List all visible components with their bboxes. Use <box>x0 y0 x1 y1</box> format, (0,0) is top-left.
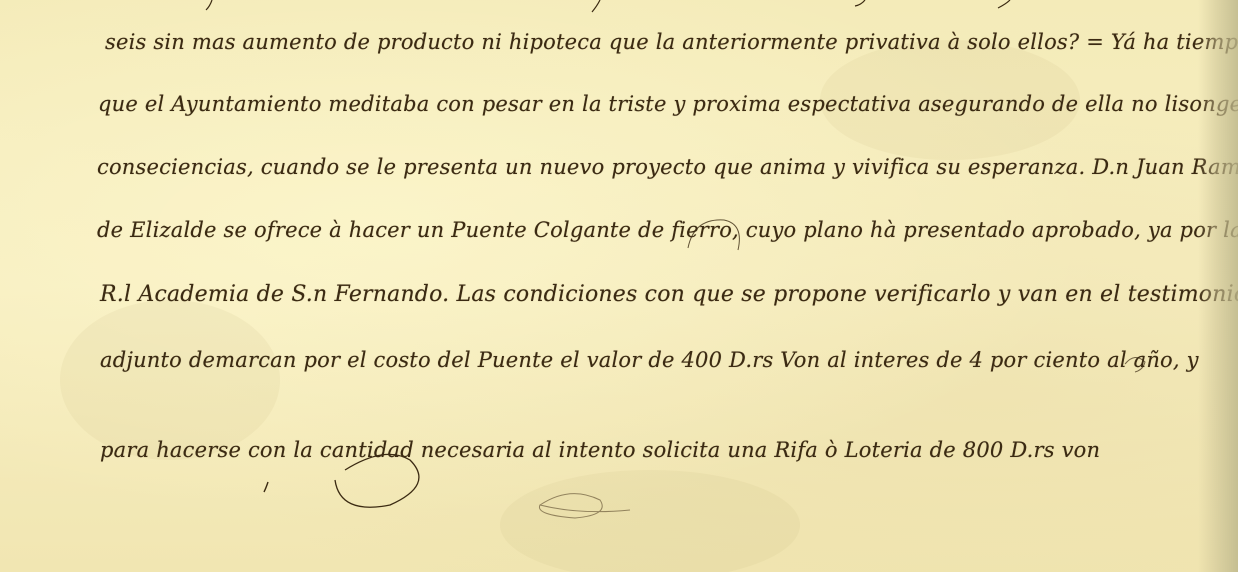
manuscript-line-1: seis sin mas aumento de producto ni hipo… <box>105 30 1238 54</box>
manuscript-line-6: adjunto demarcan por el costo del Puente… <box>100 348 1199 372</box>
manuscript-line-2: que el Ayuntamiento meditaba con pesar e… <box>98 92 1238 116</box>
cropped-line-descenders <box>0 0 1238 14</box>
manuscript-page: seis sin mas aumento de producto ni hipo… <box>0 0 1238 572</box>
paper-stain <box>500 470 800 572</box>
paper-stain <box>60 300 280 460</box>
manuscript-line-4: de Elizalde se ofrece à hacer un Puente … <box>97 218 1238 242</box>
manuscript-line-3: conseciencias, cuando se le presenta un … <box>97 155 1238 179</box>
manuscript-line-5: R.l Academia de S.n Fernando. Las condic… <box>100 282 1238 307</box>
manuscript-line-7: para hacerse con la cantidad necesaria a… <box>100 438 1100 462</box>
page-edge-shadow <box>1198 0 1238 572</box>
